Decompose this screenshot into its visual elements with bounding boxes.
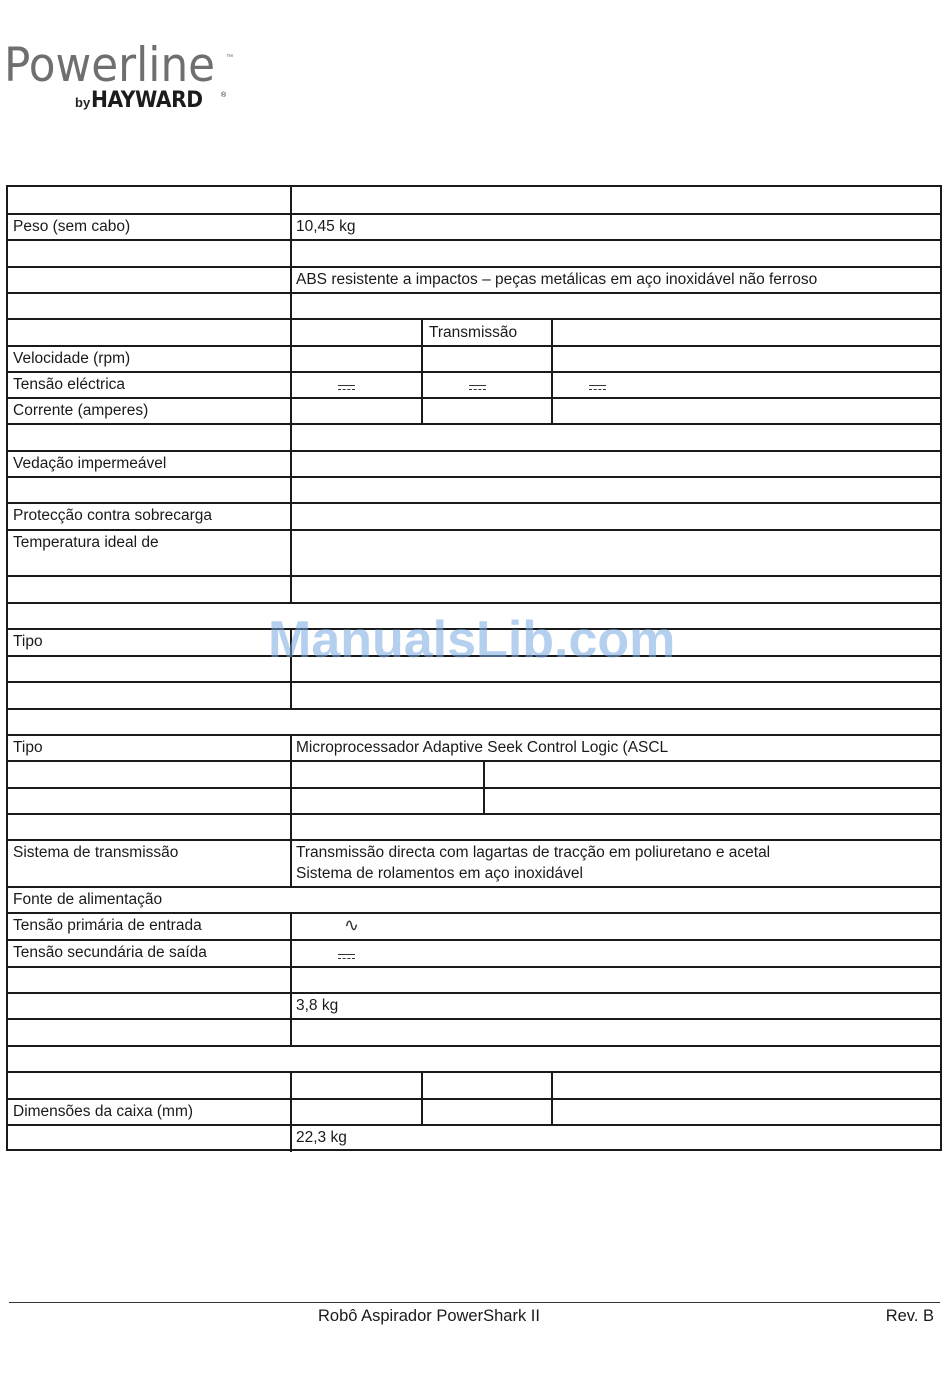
sub-column-divider [421,371,423,399]
watermark: ManualsLib.com [268,610,675,670]
row-divider [8,1098,940,1100]
dc-current-icon [338,953,355,960]
row-divider [8,1045,940,1047]
row-divider [8,760,940,762]
sub-column-divider [421,318,423,347]
sub-column-divider [421,1098,423,1126]
footer-revision: Rev. B [886,1307,934,1326]
sub-column-divider [551,1098,553,1126]
sub-column-divider [551,318,553,347]
ac-current-icon: ∿ [344,915,359,936]
sub-column-divider [551,1071,553,1100]
column-divider [290,318,292,347]
dc-symbol-cell [338,949,355,963]
row-divider [8,839,940,841]
column-divider [290,1124,292,1152]
spec-label: Tensão secundária de saída [13,942,207,963]
logo-registered: ® [221,92,226,99]
dc-symbol-cell [589,380,606,394]
dc-current-icon [469,384,486,391]
sub-column-divider [421,397,423,425]
column-divider [290,292,292,320]
dc-current-icon [338,384,355,391]
row-divider [8,213,940,215]
spec-value: Microprocessador Adaptive Seek Control L… [296,737,668,758]
column-divider [290,371,292,399]
spec-label: Dimensões da caixa (mm) [13,1101,193,1122]
column-divider [290,529,292,577]
column-divider [290,213,292,241]
spec-label: Sistema de transmissão [13,842,178,863]
row-divider [8,813,940,815]
logo-hayward-text: HAYWARD [91,88,203,113]
column-divider [290,239,292,268]
row-divider [8,886,940,888]
column-divider [290,397,292,425]
spec-label: Corrente (amperes) [13,400,148,421]
row-divider [8,708,940,710]
logo-trademark: ™ [226,54,233,61]
row-divider [8,1071,940,1073]
dc-current-icon [589,384,606,391]
column-divider [290,345,292,373]
spec-value: ABS resistente a impactos – peças metáli… [296,269,817,290]
row-divider [8,239,940,241]
column-divider [290,760,292,789]
spec-sub-value: Transmissão [429,322,517,343]
row-divider [8,681,940,683]
column-divider [290,839,292,888]
row-divider [8,734,940,736]
spec-label: Protecção contra sobrecarga [13,505,212,526]
column-divider [290,502,292,531]
column-divider [290,939,292,968]
spec-label: Temperatura ideal de [13,532,159,553]
row-divider [8,423,940,425]
column-divider [290,575,292,604]
row-divider [8,502,940,504]
dc-symbol-cell [338,380,355,394]
column-divider [290,912,292,941]
spec-label: Velocidade (rpm) [13,348,130,369]
dc-symbol-cell [469,380,486,394]
column-divider [290,186,292,215]
row-divider [8,397,940,399]
row-divider [8,266,940,268]
spec-label: Peso (sem cabo) [13,216,130,237]
spec-value-line: Transmissão directa com lagartas de trac… [296,842,770,863]
spec-value: 22,3 kg [296,1127,347,1148]
row-divider [8,939,940,941]
sub-column-divider [421,345,423,373]
row-divider [8,602,940,604]
logo-powerline-text: Powerline [4,40,215,92]
column-divider [290,1071,292,1100]
footer-divider [9,1302,940,1303]
spec-label: Tensão eléctrica [13,374,125,395]
spec-label: Tipo [13,631,43,652]
sub-column-divider [551,397,553,425]
row-divider [8,292,940,294]
row-divider [8,450,940,452]
column-divider [290,450,292,478]
spec-value-line: Sistema de rolamentos em aço inoxidável [296,863,583,884]
column-divider [290,813,292,841]
footer-document-title: Robô Aspirador PowerShark II [318,1307,540,1326]
sub-column-divider [483,787,485,815]
row-divider [8,529,940,531]
column-divider [290,734,292,762]
row-divider [8,318,940,320]
column-divider [290,1018,292,1047]
row-divider [8,992,940,994]
row-divider [8,345,940,347]
column-divider [290,266,292,294]
row-divider [8,371,940,373]
row-divider [8,575,940,577]
spec-value: 3,8 kg [296,995,338,1016]
sub-column-divider [483,760,485,789]
column-divider [290,681,292,710]
sub-column-divider [421,1071,423,1100]
column-divider [290,992,292,1020]
spec-label: Fonte de alimentação [13,889,162,910]
row-divider [8,787,940,789]
logo-by-text: by [75,95,90,110]
spec-label: Tensão primária de entrada [13,915,202,936]
spec-value: 10,45 kg [296,216,355,237]
column-divider [290,476,292,504]
spec-label: Tipo [13,737,43,758]
column-divider [290,966,292,994]
row-divider [8,476,940,478]
column-divider [290,423,292,452]
row-divider [8,912,940,914]
row-divider [8,1124,940,1126]
column-divider [290,787,292,815]
row-divider [8,966,940,968]
sub-column-divider [551,371,553,399]
spec-label: Vedação impermeável [13,453,166,474]
sub-column-divider [551,345,553,373]
column-divider [290,1098,292,1126]
row-divider [8,1018,940,1020]
powerline-hayward-logo: Powerline ™ by HAYWARD ® [4,40,244,120]
